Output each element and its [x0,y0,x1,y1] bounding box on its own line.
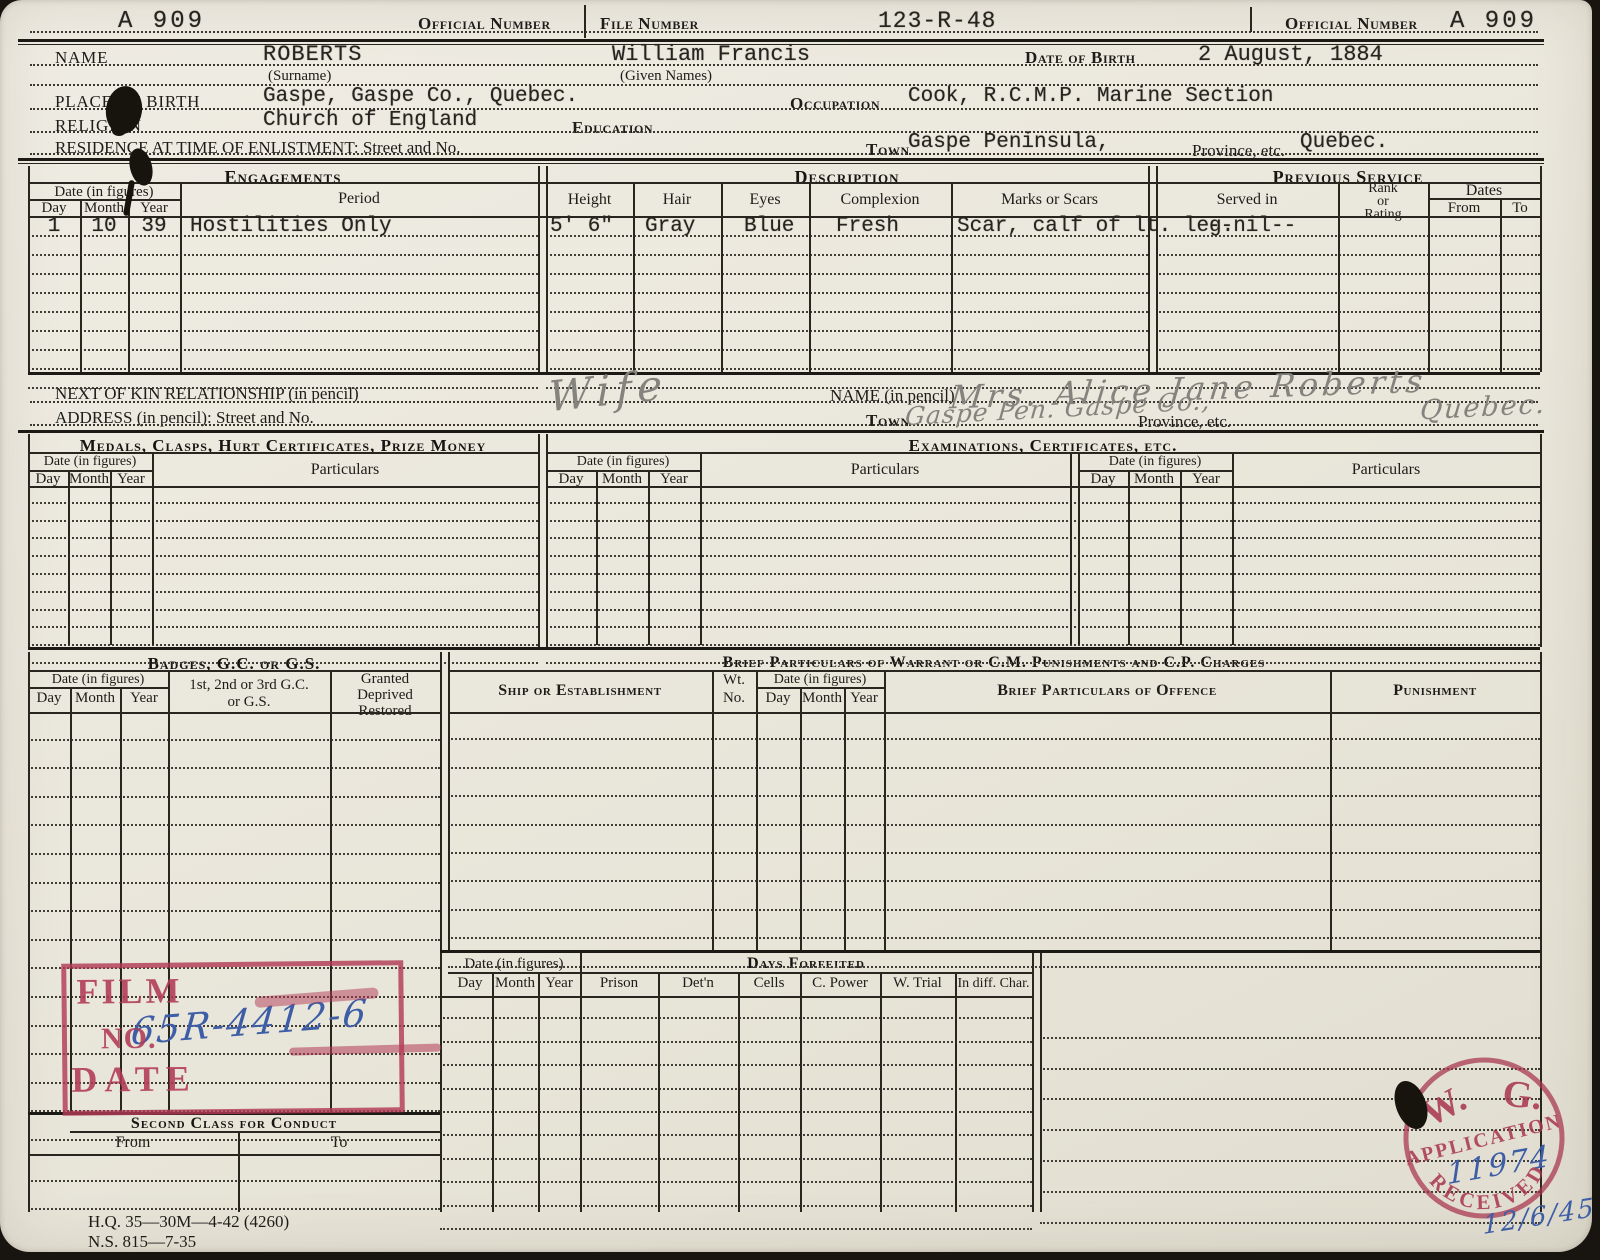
residence-rule-heavy [18,158,1544,161]
nok-province-handwriting: Quebec. [1419,389,1548,427]
engagement-month-value: 10 [80,215,128,238]
complexion-header: Complexion [809,191,951,209]
eyes-value: Blue [744,215,794,238]
exams-a-particulars-header: Particulars [700,461,1070,479]
ink-blot-religion [112,126,126,136]
offence-header: Brief Particulars of Offence [884,682,1330,700]
eyes-header: Eyes [721,191,809,209]
given-names-caption: (Given Names) [620,68,712,85]
film-stamp-date-label: DATE [71,1057,197,1100]
wt-header: Wt. [712,672,756,689]
forfeited-empty-rows [440,996,1032,1230]
wt-no-header: No. [712,690,756,707]
film-stamp-film-label: FILM [76,970,182,1013]
period-header: Period [180,190,538,208]
marks-header: Marks or Scars [951,191,1148,209]
record-card: A 909 Official Number File Number 123-R-… [0,0,1592,1252]
height-header: Height [546,191,633,209]
form-code-line1: H.Q. 35—30M—4-42 (4260) [88,1212,289,1232]
exams-b-date-header: Date (in figures) [1078,454,1232,470]
warrant-year: Year [844,690,884,707]
film-stamp-box: FILM NO. DATE 65R-4412-6 [61,960,405,1116]
forfeited-day: Day [448,975,492,992]
engagements-empty-rows [28,218,538,389]
dob-value: 2 August, 1884 [1198,42,1383,67]
forfeited-wtrial: W. Trial [880,975,955,992]
forfeited-cells: Cells [738,975,800,992]
warrant-date-header: Date (in figures) [756,672,884,688]
exams-a-date-header: Date (in figures) [546,454,700,470]
forfeited-prison: Prison [580,975,658,992]
residence-label: RESIDENCE AT TIME OF ENLISTMENT: Street … [55,138,461,158]
residence-rule-thin [18,163,1544,164]
dates-from-header: From [1428,200,1500,217]
header-tick-left [584,5,586,38]
exams-b-particulars-header: Particulars [1232,461,1540,479]
second-class-empty-rows [28,1154,440,1210]
warrant-empty-rows [448,712,1540,968]
hair-value: Gray [645,215,695,238]
badges-month: Month [70,690,120,707]
served-in-value: --nil-- [1208,215,1296,238]
exams-empty-rows [546,486,1540,664]
wg-stamp-g: G. [1501,1072,1544,1118]
name-band-bottom-dots [30,84,1538,86]
medals-particulars-header: Particulars [152,461,538,479]
scanned-service-record: A 909 Official Number File Number 123-R-… [0,0,1600,1260]
warrant-day: Day [756,690,800,707]
given-names-value: William Francis [612,42,810,67]
warrant-month: Month [800,690,844,707]
previous-service-empty-rows [1156,218,1540,389]
forfeited-indiff: In diff. Char. [955,976,1032,992]
height-value: 5' 6" [550,215,613,238]
pob-value: Gaspe, Gaspe Co., Quebec. [263,85,578,108]
form-code-line2: N.S. 815—7-35 [88,1232,196,1252]
nok-line2-dots [30,424,1538,426]
forfeited-month: Month [492,975,538,992]
header-dotted-rule [30,31,1538,33]
occupation-label: Occupation [790,94,880,114]
surname-value: ROBERTS [263,42,362,67]
served-in-header: Served in [1156,191,1338,209]
forfeited-detn: Det'n [658,975,738,992]
badges-gc-header-line2: or G.S. [168,694,330,711]
occupation-value: Cook, R.C.M.P. Marine Section [908,85,1273,108]
header-tick-right [1250,7,1252,32]
surname-caption: (Surname) [268,68,331,85]
forfeited-cpower: C. Power [800,975,880,992]
official-number-right-value: A 909 [1450,8,1537,35]
engagement-year-value: 39 [128,215,180,238]
badges-granted: Granted [330,671,440,688]
badges-gc-header-line1: 1st, 2nd or 3rd G.C. [168,677,330,694]
film-stamp-no-label: NO. [101,1022,157,1057]
pob-dotted-rule [30,108,1538,110]
residence-town-value: Gaspe Peninsula, [908,131,1110,154]
punishment-header: Punishment [1330,682,1540,700]
medals-empty-rows [28,486,538,664]
engagement-period-value: Hostilities Only [190,215,392,238]
file-number-value: 123-R-48 [878,8,996,34]
nok-rule-heavy [18,430,1544,433]
complexion-value: Fresh [836,215,899,238]
ship-header: Ship or Establishment [448,682,712,700]
marks-value: Scar, calf of lt. leg. [957,215,1234,238]
engagement-day-value: 1 [28,215,80,238]
medals-date-header: Date (in figures) [28,454,152,470]
dates-to-header: To [1500,200,1540,217]
badges-day: Day [28,690,70,707]
badges-date-header: Date (in figures) [28,672,168,688]
religion-value: Church of England [263,109,477,132]
badges-deprived: Deprived [330,687,440,704]
badges-year: Year [120,690,168,707]
residence-town-label: Town [866,140,910,160]
residence-province-value: Quebec. [1300,131,1388,154]
education-label: Education [572,118,653,138]
forfeited-year: Year [538,975,580,992]
official-number-left-value: A 909 [118,8,205,35]
description-title: Description [546,167,1148,188]
hair-header: Hair [633,191,721,209]
